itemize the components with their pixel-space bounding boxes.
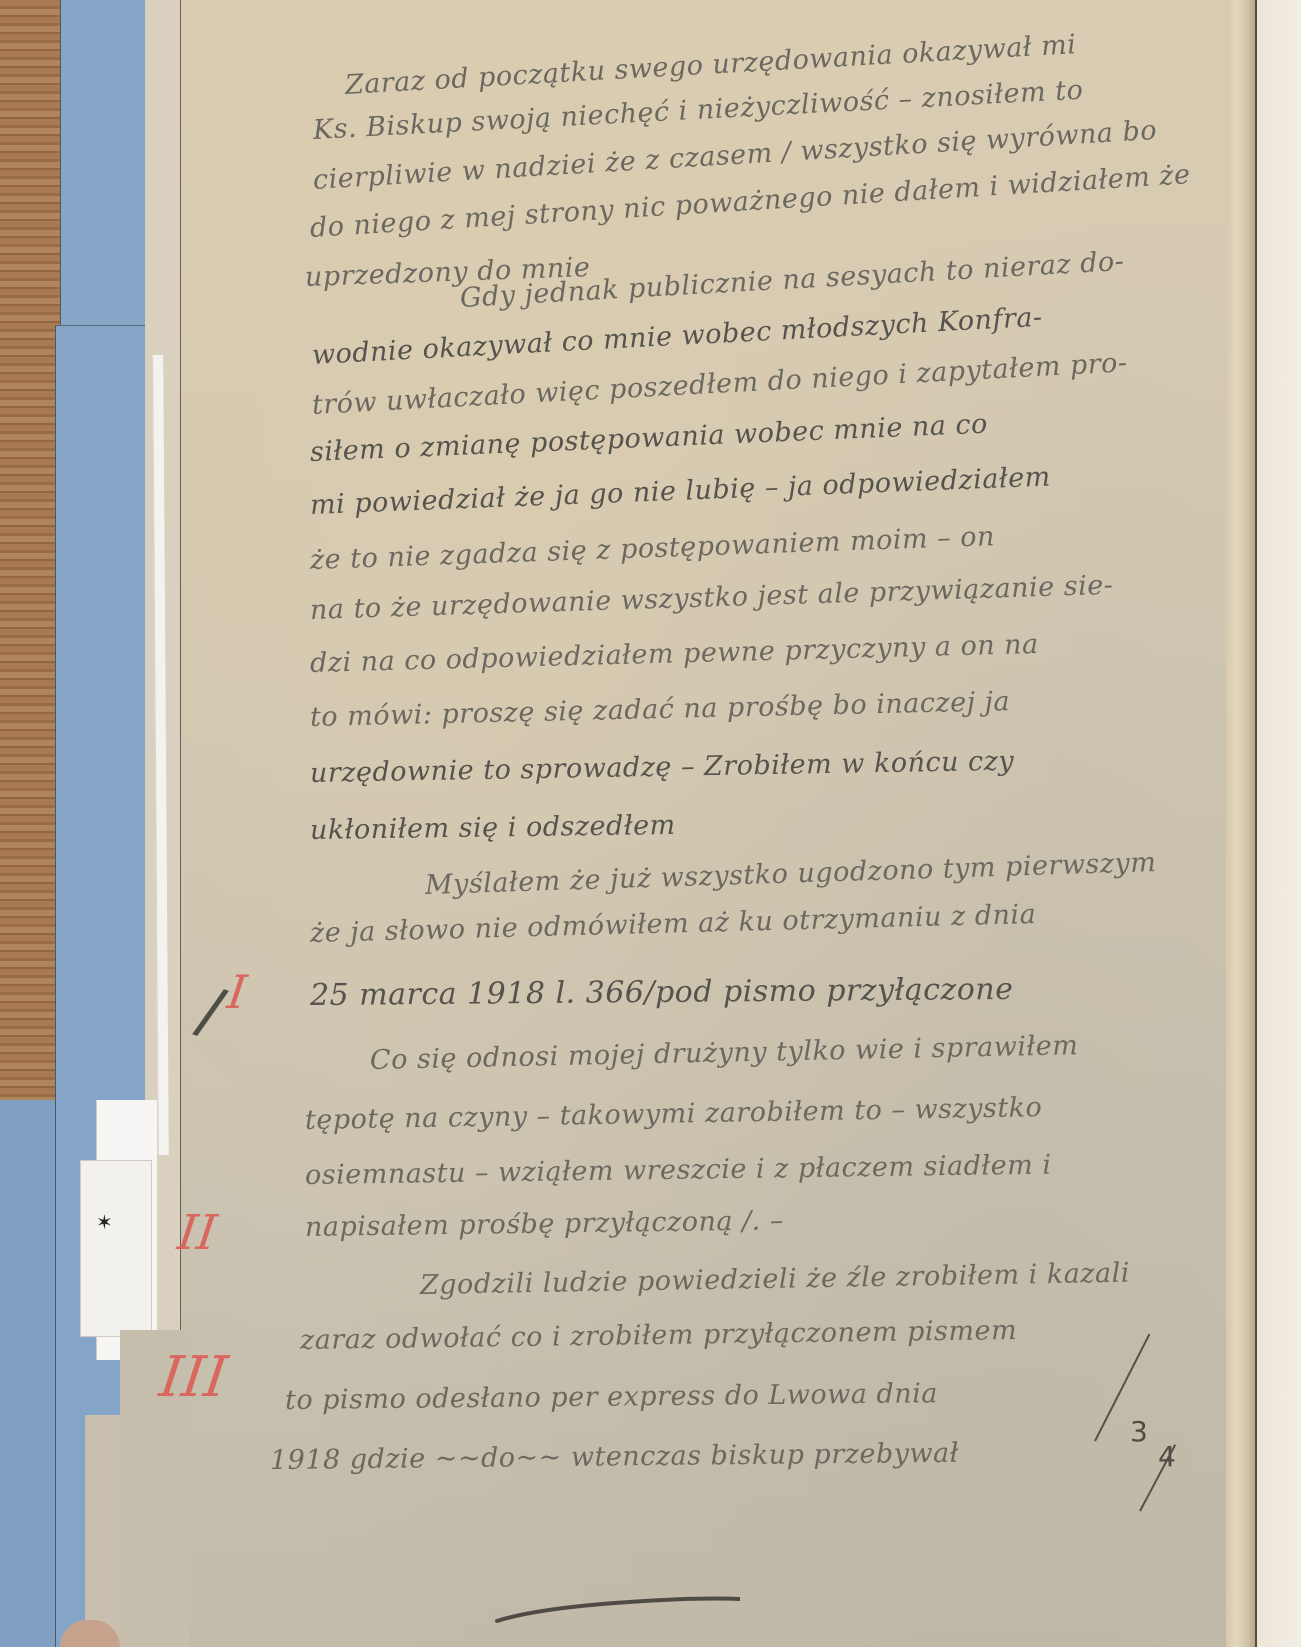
blue-folder-flap-upper [60,0,152,325]
page-edge-line [1255,0,1257,1647]
page-right-edge [1225,0,1255,1647]
right-backing-sheet [1257,0,1301,1647]
page-fraction-denominator: 4 [1158,1440,1176,1473]
ink-mark-icon: ✶ [96,1210,113,1234]
handwritten-line: 25 marca 1918 l. 366/pod pismo przyłączo… [310,972,1014,1013]
closing-swash-line [495,1595,740,1625]
page-fraction-numerator: 3 [1130,1415,1148,1448]
white-sheet [80,1160,152,1337]
handwritten-line: ukłoniłem się i odszedłem [310,810,676,846]
